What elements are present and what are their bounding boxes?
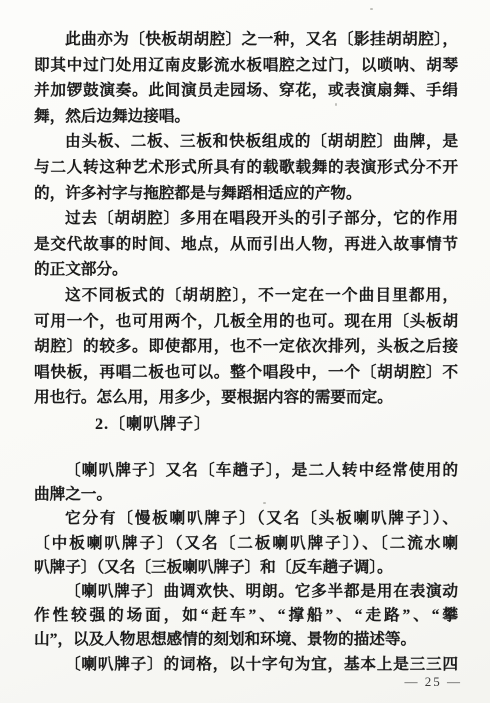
text-line: 作性较强的场面，如“赶车”、“撑船”、“走路”、“攀 <box>34 604 458 628</box>
text-line: 唱快板，再唱二板也可以。整个唱段中，一个〔胡胡腔〕不 <box>34 360 458 386</box>
text-line: 舞，然后边舞边接唱。 <box>34 104 458 130</box>
text-line: 此曲亦为〔快板胡胡腔〕之一种，又名〔影挂胡胡腔〕， <box>34 27 458 53</box>
scan-speck <box>263 502 266 504</box>
text-line: 并加锣鼓演奏。此间演员走园场、穿花，或表演扇舞、手绢 <box>34 78 458 104</box>
text-line: 是交代故事的时间、地点，从而引出人物，再进入故事情节 <box>34 232 458 258</box>
text-line: 它分有〔慢板喇叭牌子〕（又名〔头板喇叭牌子〕）、 <box>34 507 458 531</box>
text-line: 曲牌之一。 <box>34 483 458 507</box>
text-line: 〔喇叭牌子〕的词格，以十字句为宜，基本上是三三四 <box>34 653 458 677</box>
scan-speck <box>370 8 373 10</box>
text-line: 的，许多衬字与拖腔都是与舞蹈相适应的产物。 <box>34 181 458 207</box>
text-line: 〔喇叭牌子〕曲调欢快、明朗。它多半都是用在表演动 <box>34 580 458 604</box>
text-line: 用也行。怎么用，用多少，要根据内容的需要而定。 <box>34 385 458 411</box>
book-page: 此曲亦为〔快板胡胡腔〕之一种，又名〔影挂胡胡腔〕， 即其中过门处用辽南皮影流水板… <box>0 0 490 703</box>
text-line: 即其中过门处用辽南皮影流水板唱腔之过门，以唢呐、胡琴 <box>34 53 458 79</box>
text-line: 叭牌子〕（又名〔三板喇叭牌子〕和〔反车趟子调〕。 <box>34 556 458 580</box>
text-line: 过去〔胡胡腔〕多用在唱段开头的引子部分，它的作用 <box>34 206 458 232</box>
section-heading-labapaizi: 2.〔喇叭牌子〕 <box>95 412 211 438</box>
text-line: 〔喇叭牌子〕又名〔车趟子〕，是二人转中经常使用的 <box>34 459 458 483</box>
text-line: 〔中板喇叭牌子〕（又名〔二板喇叭牌子〕）、〔二流水喇 <box>34 532 458 556</box>
scan-speck <box>335 103 337 106</box>
page-number: — 25 — <box>405 674 463 690</box>
text-line: 与二人转这种艺术形式所具有的载歌载舞的表演形式分不开 <box>34 155 458 181</box>
text-line: 山”，以及人物思想感情的刻划和环境、景物的描述等。 <box>34 628 458 652</box>
text-line: 可用一个，也可用两个，几板全用的也可。现在用〔头板胡 <box>34 309 458 335</box>
scan-speck <box>243 314 245 316</box>
text-line: 由头板、二板、三板和快板组成的〔胡胡腔〕曲牌，是 <box>34 129 458 155</box>
text-line: 这不同板式的〔胡胡腔〕，不一定在一个曲目里都用， <box>34 283 458 309</box>
text-line: 胡腔〕的较多。即使都用，也不一定依次排列，头板之后接 <box>34 334 458 360</box>
section-huhuqiang-text: 此曲亦为〔快板胡胡腔〕之一种，又名〔影挂胡胡腔〕， 即其中过门处用辽南皮影流水板… <box>34 27 458 411</box>
section-labapaizi-text: 〔喇叭牌子〕又名〔车趟子〕，是二人转中经常使用的 曲牌之一。 它分有〔慢板喇叭牌… <box>34 459 458 677</box>
text-line: 的正文部分。 <box>34 257 458 283</box>
